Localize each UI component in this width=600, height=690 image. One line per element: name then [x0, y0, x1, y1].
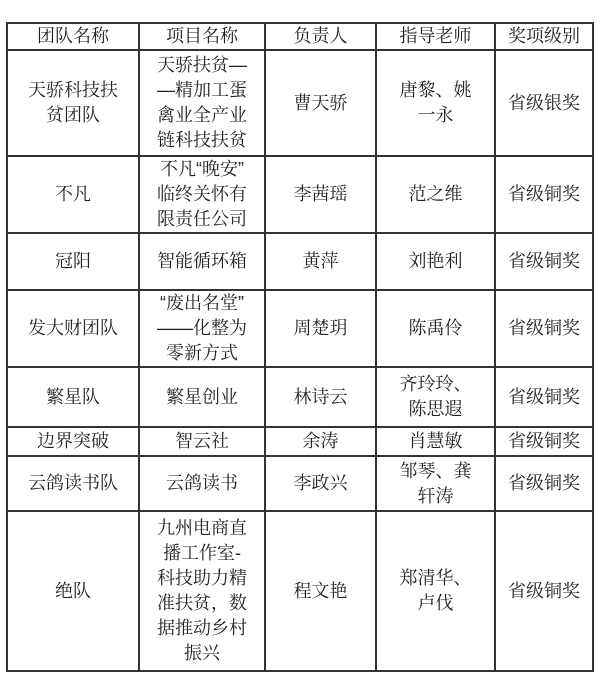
leader-cell: 程文艳 — [265, 511, 376, 671]
leader-cell: 黄萍 — [265, 233, 376, 290]
project-name-cell: 九州电商直 播工作室- 科技助力精 准扶贫，数 据推动乡村 振兴 — [139, 511, 265, 671]
table-row: 冠阳 智能循环箱 黄萍 刘艳利 省级铜奖 — [7, 233, 593, 290]
project-name-cell: 智能循环箱 — [139, 233, 265, 290]
project-name-cell: 智云社 — [139, 427, 265, 456]
advisor-cell: 肖慧敏 — [376, 427, 495, 456]
team-name-cell: 发大财团队 — [7, 290, 139, 367]
award-level-cell: 省级铜奖 — [495, 156, 593, 233]
advisor-cell: 刘艳利 — [376, 233, 495, 290]
column-header-team-name: 团队名称 — [7, 23, 139, 50]
advisor-cell: 郑清华、 卢伐 — [376, 511, 495, 671]
award-level-cell: 省级铜奖 — [495, 367, 593, 427]
table-row: 发大财团队 “废出名堂” ——化整为 零新方式 周楚玥 陈禹伶 省级铜奖 — [7, 290, 593, 367]
table-row: 绝队 九州电商直 播工作室- 科技助力精 准扶贫，数 据推动乡村 振兴 程文艳 … — [7, 511, 593, 671]
award-level-cell: 省级铜奖 — [495, 233, 593, 290]
award-level-cell: 省级铜奖 — [495, 290, 593, 367]
advisor-cell: 邹琴、龚 轩涛 — [376, 456, 495, 511]
leader-cell: 李茜瑶 — [265, 156, 376, 233]
leader-cell: 李政兴 — [265, 456, 376, 511]
project-name-cell: “废出名堂” ——化整为 零新方式 — [139, 290, 265, 367]
team-name-cell: 不凡 — [7, 156, 139, 233]
leader-cell: 曹天骄 — [265, 50, 376, 156]
award-level-cell: 省级铜奖 — [495, 456, 593, 511]
team-name-cell: 天骄科技扶 贫团队 — [7, 50, 139, 156]
project-name-cell: 不凡“晚安” 临终关怀有 限责任公司 — [139, 156, 265, 233]
advisor-cell: 齐玲玲、 陈思遐 — [376, 367, 495, 427]
award-level-cell: 省级银奖 — [495, 50, 593, 156]
table-row: 云鸽读书队 云鸽读书 李政兴 邹琴、龚 轩涛 省级铜奖 — [7, 456, 593, 511]
advisor-cell: 范之维 — [376, 156, 495, 233]
team-name-cell: 冠阳 — [7, 233, 139, 290]
table-header-row: 团队名称 项目名称 负责人 指导老师 奖项级别 — [7, 23, 593, 50]
leader-cell: 周楚玥 — [265, 290, 376, 367]
team-name-cell: 繁星队 — [7, 367, 139, 427]
column-header-project-name: 项目名称 — [139, 23, 265, 50]
leader-cell: 林诗云 — [265, 367, 376, 427]
team-name-cell: 云鸽读书队 — [7, 456, 139, 511]
table-row: 天骄科技扶 贫团队 天骄扶贫— —精加工蛋 禽业全产业 链科技扶贫 曹天骄 唐黎… — [7, 50, 593, 156]
project-name-cell: 繁星创业 — [139, 367, 265, 427]
advisor-cell: 陈禹伶 — [376, 290, 495, 367]
award-level-cell: 省级铜奖 — [495, 511, 593, 671]
team-name-cell: 绝队 — [7, 511, 139, 671]
project-name-cell: 云鸽读书 — [139, 456, 265, 511]
award-level-cell: 省级铜奖 — [495, 427, 593, 456]
table-row: 繁星队 繁星创业 林诗云 齐玲玲、 陈思遐 省级铜奖 — [7, 367, 593, 427]
column-header-advisor: 指导老师 — [376, 23, 495, 50]
table-row: 边界突破 智云社 余涛 肖慧敏 省级铜奖 — [7, 427, 593, 456]
leader-cell: 余涛 — [265, 427, 376, 456]
column-header-leader: 负责人 — [265, 23, 376, 50]
column-header-award-level: 奖项级别 — [495, 23, 593, 50]
awards-table: 团队名称 项目名称 负责人 指导老师 奖项级别 天骄科技扶 贫团队 天骄扶贫— … — [6, 22, 594, 672]
team-name-cell: 边界突破 — [7, 427, 139, 456]
table-row: 不凡 不凡“晚安” 临终关怀有 限责任公司 李茜瑶 范之维 省级铜奖 — [7, 156, 593, 233]
advisor-cell: 唐黎、姚 一永 — [376, 50, 495, 156]
project-name-cell: 天骄扶贫— —精加工蛋 禽业全产业 链科技扶贫 — [139, 50, 265, 156]
